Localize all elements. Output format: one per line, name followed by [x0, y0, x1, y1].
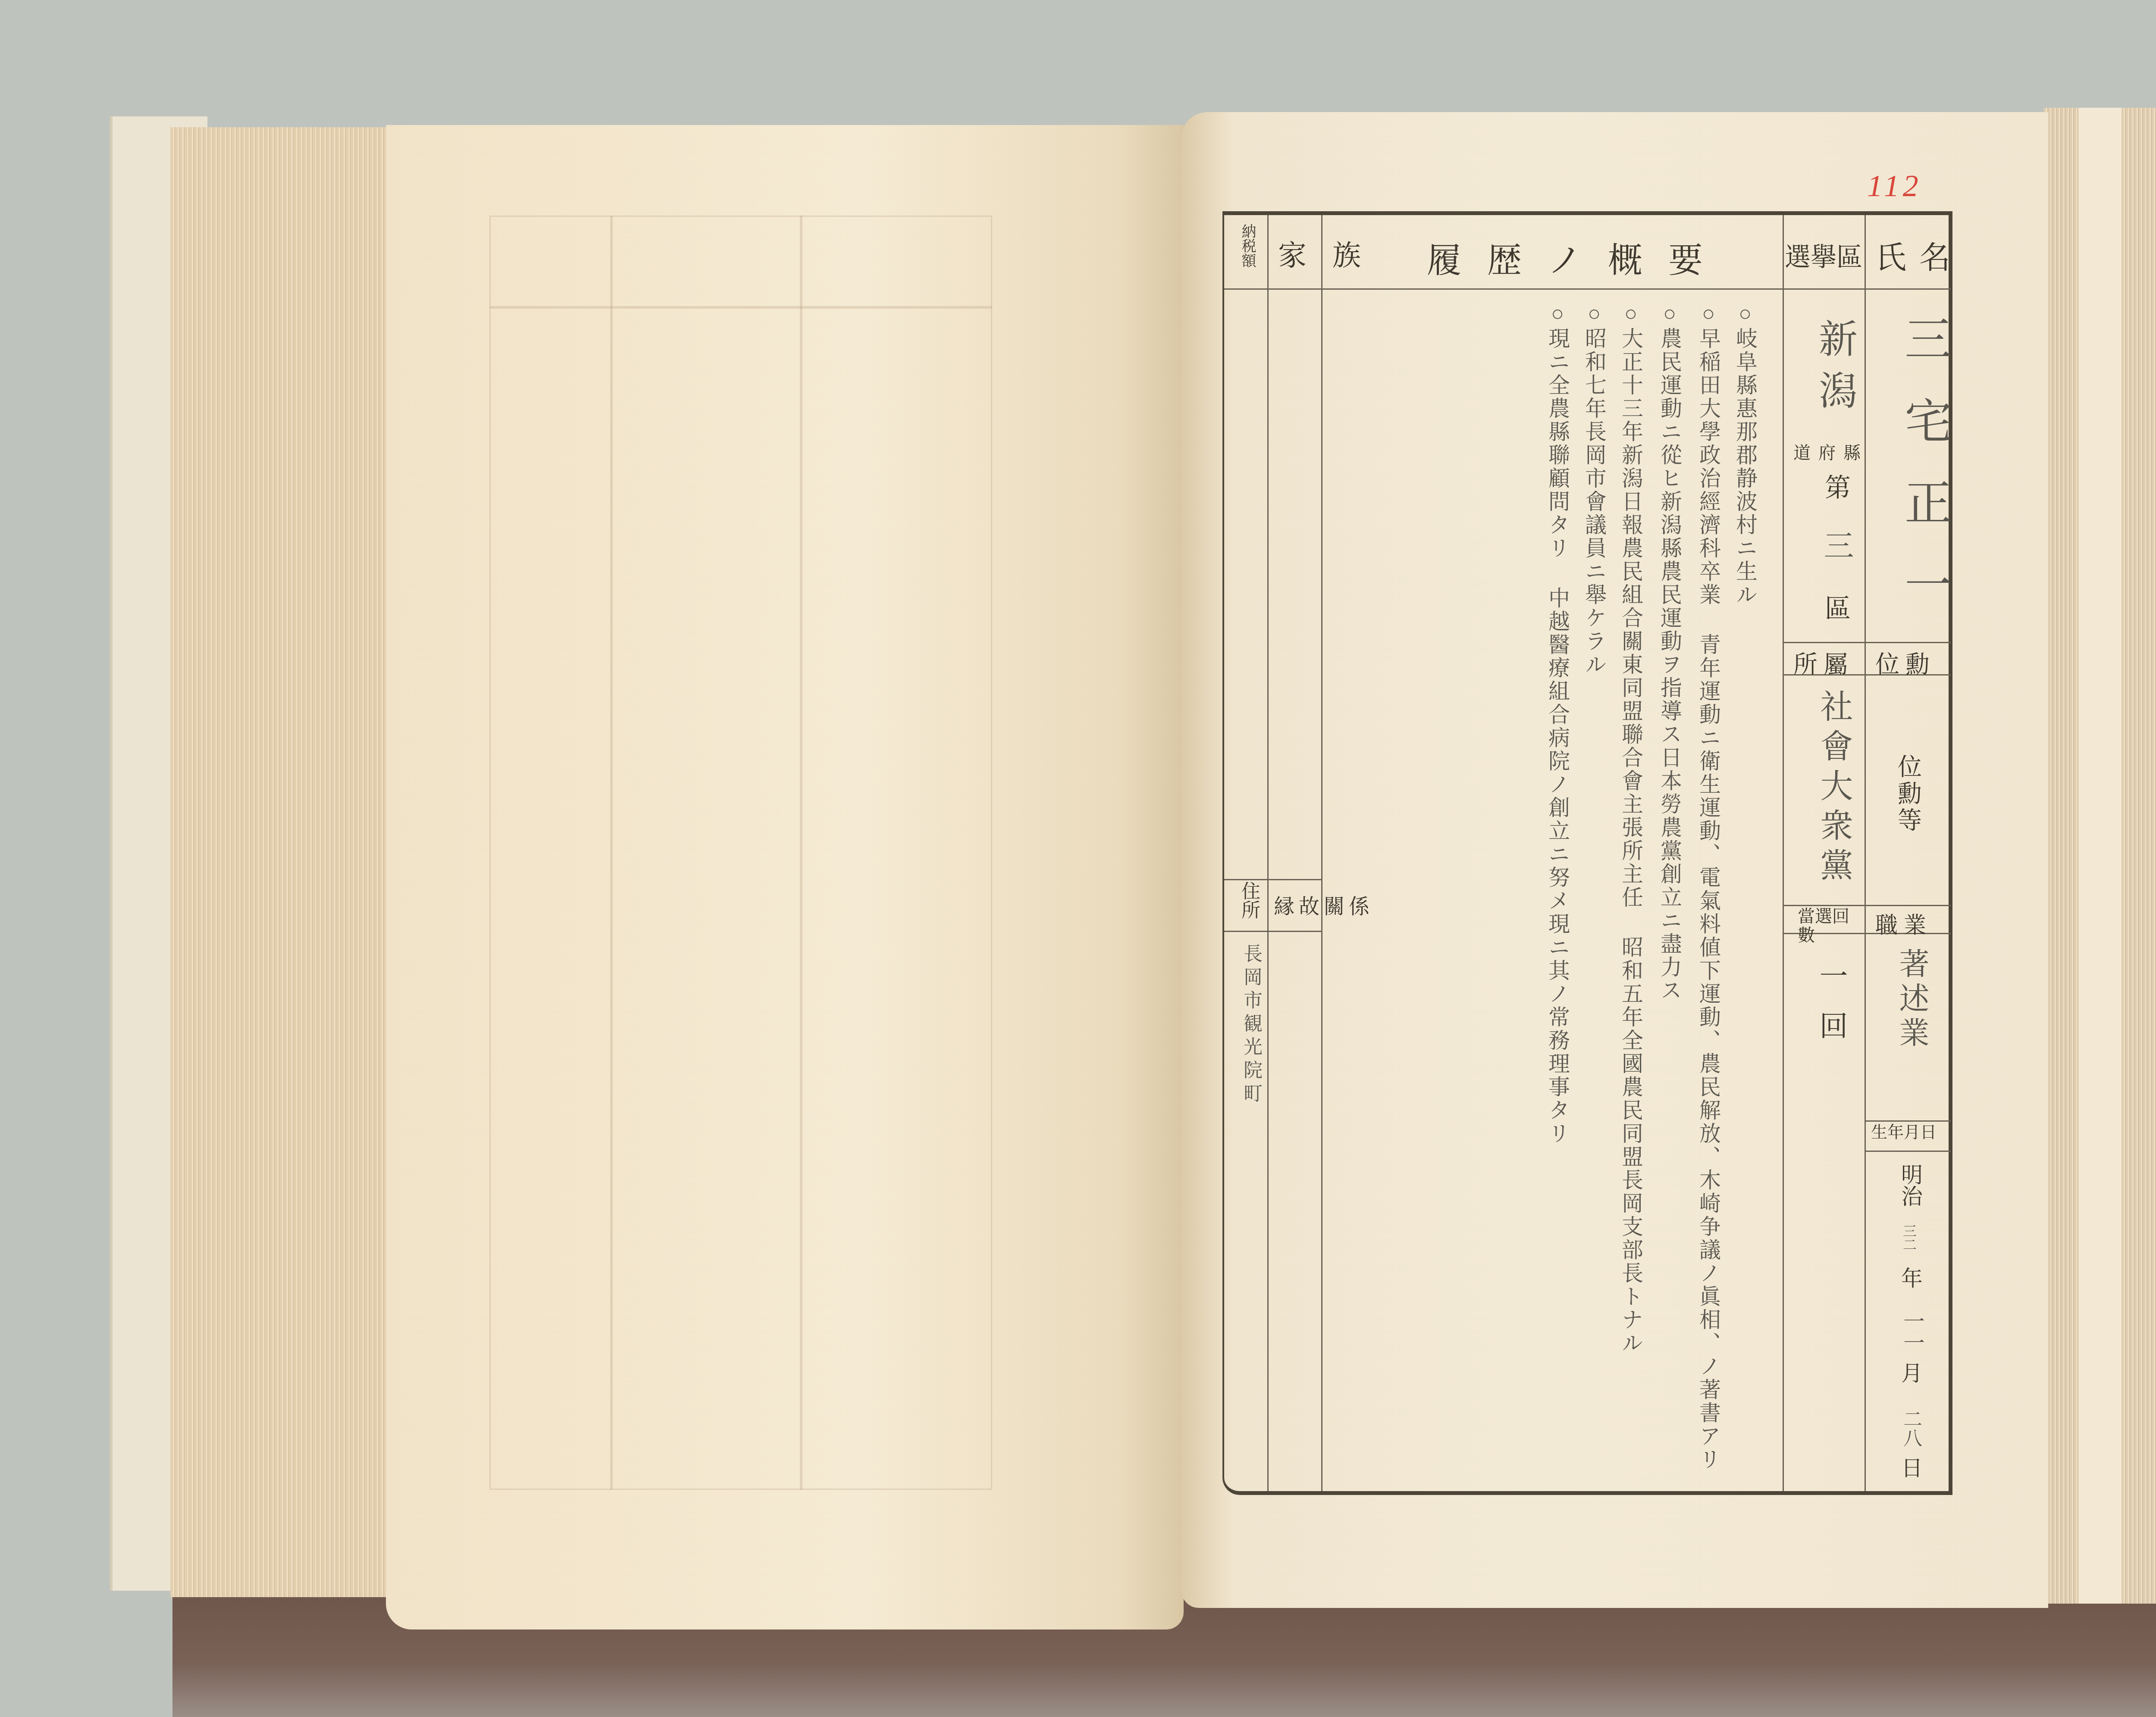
page-stack-left [170, 127, 386, 1597]
name-label: 氏名 [1875, 232, 1963, 277]
occupation-label: 職業 [1875, 907, 1932, 939]
career-line-6: ○現ニ全農縣聯顧問タリ 中越醫療組合病院ノ創立ニ努メ現ニ其ノ常務理事タリ [1545, 301, 1569, 1145]
party-label: 所屬 [1793, 645, 1854, 680]
relations-rule [1267, 879, 1321, 880]
district-prefecture: 新潟 [1806, 319, 1862, 422]
birth-label: 生年月日 [1871, 1124, 1940, 1150]
address-rule-2 [1224, 931, 1267, 932]
bleed-through-rule [489, 306, 992, 309]
district-number: 三 [1815, 530, 1858, 560]
address-value: 長岡市観光院町 [1237, 944, 1265, 1107]
elections-label: 當選回數 [1798, 907, 1849, 941]
career-line-1: ○岐阜縣惠那郡静波村ニ生ル [1733, 301, 1757, 607]
divider-name-col [1865, 215, 1866, 1491]
tax-label: 納税額 [1237, 224, 1258, 268]
address-rule [1224, 879, 1267, 880]
bleed-through-rule [800, 216, 802, 1490]
career-line-2: ○早稲田大學政治經濟科卒業 青年運動ニ衛生運動、電氣料値下運動、農民解放、木崎争… [1696, 301, 1720, 1471]
address-label: 住所 [1235, 881, 1263, 919]
page-stack-right [2044, 108, 2156, 1604]
party-value: 社會大衆黨 [1811, 689, 1858, 888]
rank-value: 位勳等 [1890, 754, 1925, 834]
career-line-4: ○大正十三年新潟日報農民組合關東同盟聯合會主張所主任 昭和五年全國農民同盟長岡支… [1619, 301, 1642, 1355]
elections-value: 一回 [1811, 961, 1852, 1061]
relations-label: 縁故關係 [1274, 890, 1374, 919]
divider-career-col [1321, 215, 1322, 1491]
district-prefecture-suffix: 道府縣 [1793, 439, 1868, 464]
birth-year-suffix: 年 [1895, 1267, 1926, 1289]
relations-rule-2 [1267, 931, 1321, 932]
bleed-through-form [489, 216, 992, 1490]
name-value: 三宅正一 [1890, 314, 1959, 642]
occupation-row-rule [1783, 905, 1951, 906]
birth-row-rule [1865, 1120, 1951, 1122]
occupation-value: 著述業 [1890, 948, 1934, 1051]
divider-district-col [1783, 215, 1784, 1491]
birth-day-suffix: 日 [1895, 1457, 1926, 1478]
page-flap [2078, 108, 2122, 1604]
career-line-5: ○昭和七年長岡市會議員ニ舉ケラル [1582, 301, 1606, 676]
birth-year: 三二 [1899, 1224, 1919, 1251]
birth-era: 明治 [1895, 1163, 1926, 1207]
header-row-rule-right [1783, 288, 1951, 290]
career-line-3: ○農民運動ニ從ヒ新潟縣農民運動ヲ指導ス日本勞農黨創立ニ盡力ス [1658, 301, 1681, 1002]
left-page [386, 125, 1184, 1629]
birth-month-suffix: 月 [1895, 1362, 1926, 1383]
birth-day: 二八 [1897, 1409, 1924, 1447]
rank-row-rule [1783, 642, 1951, 643]
family-label: 家族 [1278, 232, 1387, 273]
birth-row-rule-2 [1865, 1151, 1951, 1152]
page-number: 112 [1867, 168, 1922, 204]
district-label: 選擧區 [1785, 237, 1862, 274]
district-suffix: 區 [1817, 594, 1854, 620]
header-row-rule [1224, 288, 1865, 290]
bleed-through-rule [610, 216, 613, 1490]
birth-month: 一一 [1897, 1310, 1928, 1353]
divider-address-col [1267, 931, 1269, 1491]
rank-label: 位勳 [1875, 645, 1936, 680]
member-record-form: 氏名 三宅正一 選擧區 新潟 道府縣 第 三 區 位勳 所屬 位勳等 社會大衆黨… [1222, 211, 1952, 1495]
district-number-prefix: 第 [1817, 474, 1854, 500]
career-label: 履歴ノ概要 [1427, 232, 1729, 282]
divider-family-col [1267, 215, 1269, 935]
